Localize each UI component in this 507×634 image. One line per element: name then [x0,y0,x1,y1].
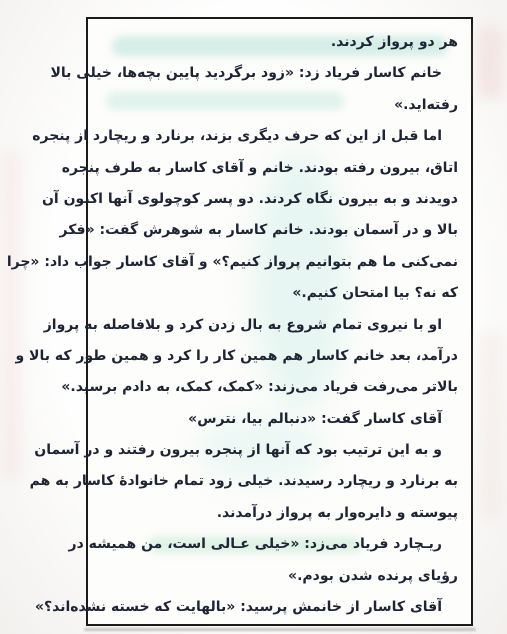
text-line: بالاتر می‌رفت فریاد می‌زند: «کمک، کمک، ب… [99,372,458,403]
text-line: آقای کاسار گفت: «دنبالم بیا، نترس» [99,404,458,435]
text-line: بالا و در آسمان بودند. خانم کاسار به شوه… [99,215,458,246]
text-line: رفته‌اید.» [99,90,458,121]
text-line: او با نیروی تمام شروع به بال زدن کرد و ب… [99,310,458,341]
text-line: ریـچارد فریاد می‌زد: «خیلی عـالی است، من… [99,529,458,560]
text-line: دویدند و به بیرون نگاه کردند. دو پسر کوچ… [99,184,458,215]
text-line: و به این ترتیب بود که آنها از پنجره بیرو… [99,435,458,466]
text-line: اما قبل از این که حرف دیگری بزند، برنارد… [99,121,458,152]
text-line: درآمد، بعد خانم کاسار هم همین کار را کرد… [99,341,458,372]
text-line: نمی‌کنی ما هم بتوانیم پرواز کنیم؟» و آقا… [99,247,458,278]
text-line: پیوسته و دایره‌وار به پرواز درآمدند. [99,498,458,529]
book-page: { "page": { "background_color": "#f8f8f5… [0,0,507,634]
text-line: به برنارد و ریچارد رسیدند. خیلی زود تمام… [99,466,458,497]
text-line: رؤیای پرنده شدن بودم.» [99,561,458,592]
text-line: اتاق، بیرون رفته بودند. خانم و آقای کاسا… [99,153,458,184]
text-line: هر دو پرواز کردند. [99,27,458,58]
story-text-block: هر دو پرواز کردند. خانم کاسار فریاد زد: … [88,19,471,624]
text-line: که نه؟ بیا امتحان کنیم.» [99,278,458,309]
text-line: خانم کاسار فریاد زد: «زود برگردید پایین … [99,58,458,89]
text-line: آقای کاسار از خانمش پرسید: «بالهایت که خ… [99,592,458,623]
